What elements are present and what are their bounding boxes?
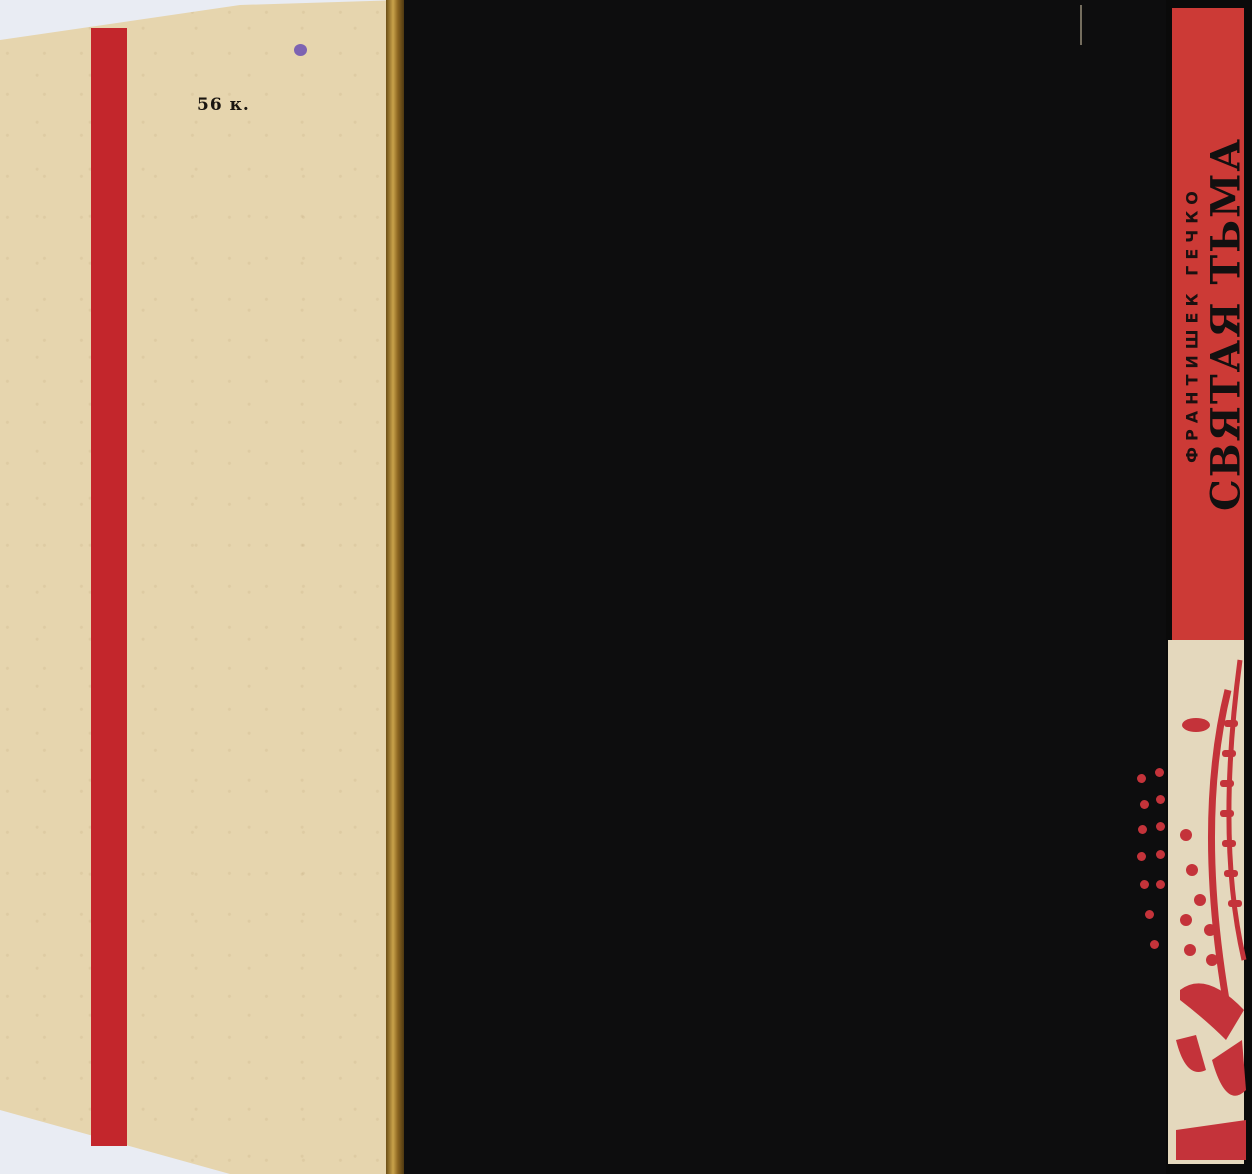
book-title: СВЯТАЯ ТЬМА — [1203, 137, 1250, 511]
back-flap — [0, 0, 400, 1174]
author-name: ФРАНТИШЕК ГЕЧКО — [1183, 185, 1202, 463]
ornament-dot — [1156, 880, 1165, 889]
ornament-dot — [1156, 795, 1165, 804]
ornament-dot — [1137, 774, 1146, 783]
ornament-dot — [1155, 768, 1164, 777]
worn-edge — [1080, 5, 1162, 45]
black-cover-board — [404, 0, 1166, 1174]
ornament-dot — [1140, 880, 1149, 889]
ink-stamp-mark — [294, 44, 307, 56]
gilt-edge — [386, 0, 406, 1174]
ornament-dot — [1156, 822, 1165, 831]
ornament-dot — [1156, 850, 1165, 859]
ornament-dot — [1138, 825, 1147, 834]
ornament-dot — [1145, 910, 1154, 919]
ornament-dot — [1150, 940, 1159, 949]
paper-texture — [0, 0, 400, 1174]
spine-ornament-icon — [1166, 640, 1252, 1174]
ornament-dot — [1140, 800, 1149, 809]
ornament-dot — [1137, 852, 1146, 861]
red-stripe — [91, 28, 127, 1146]
spine-text-area: ФРАНТИШЕК ГЕЧКО СВЯТАЯ ТЬМА — [1172, 8, 1244, 640]
price-label: 56 к. — [197, 95, 250, 115]
